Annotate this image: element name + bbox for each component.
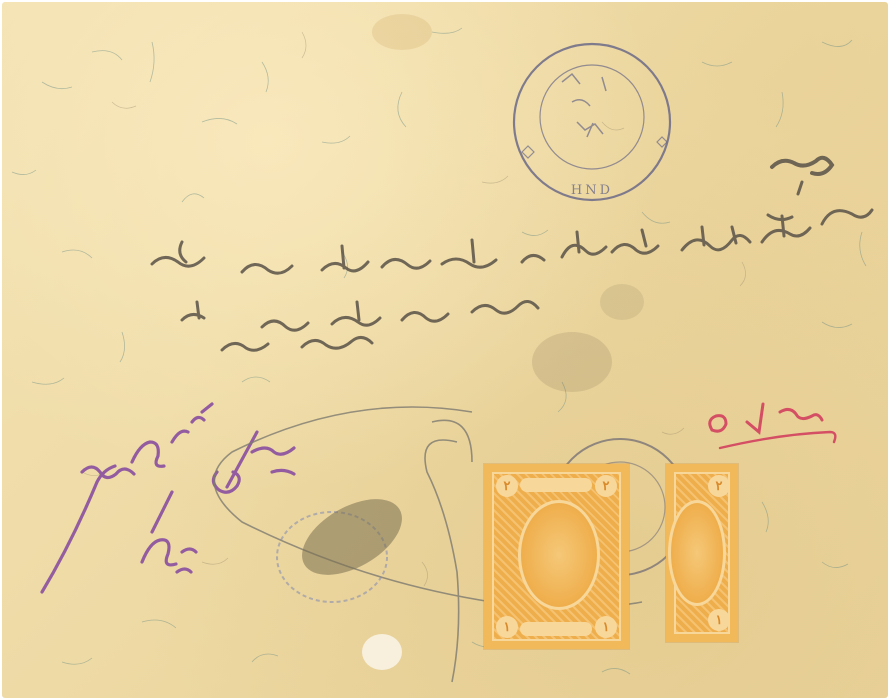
stamp-value-bottom-right: ١ — [595, 616, 617, 638]
stamp-value-top-right: ٢ — [595, 475, 617, 497]
stamp-value-bottom-right: ١ — [708, 609, 730, 631]
stamp-value-top-left: ٢ — [496, 475, 518, 497]
stamp-value-bottom-left: ١ — [496, 616, 518, 638]
postage-stamp-1: ٢ ٢ ١ ١ — [484, 464, 629, 649]
postage-stamp-2: ٢ ١ — [666, 464, 738, 642]
envelope: HND — [2, 2, 888, 698]
postmark-stamps-icon — [2, 2, 888, 698]
stamp-value-top-right: ٢ — [708, 475, 730, 497]
